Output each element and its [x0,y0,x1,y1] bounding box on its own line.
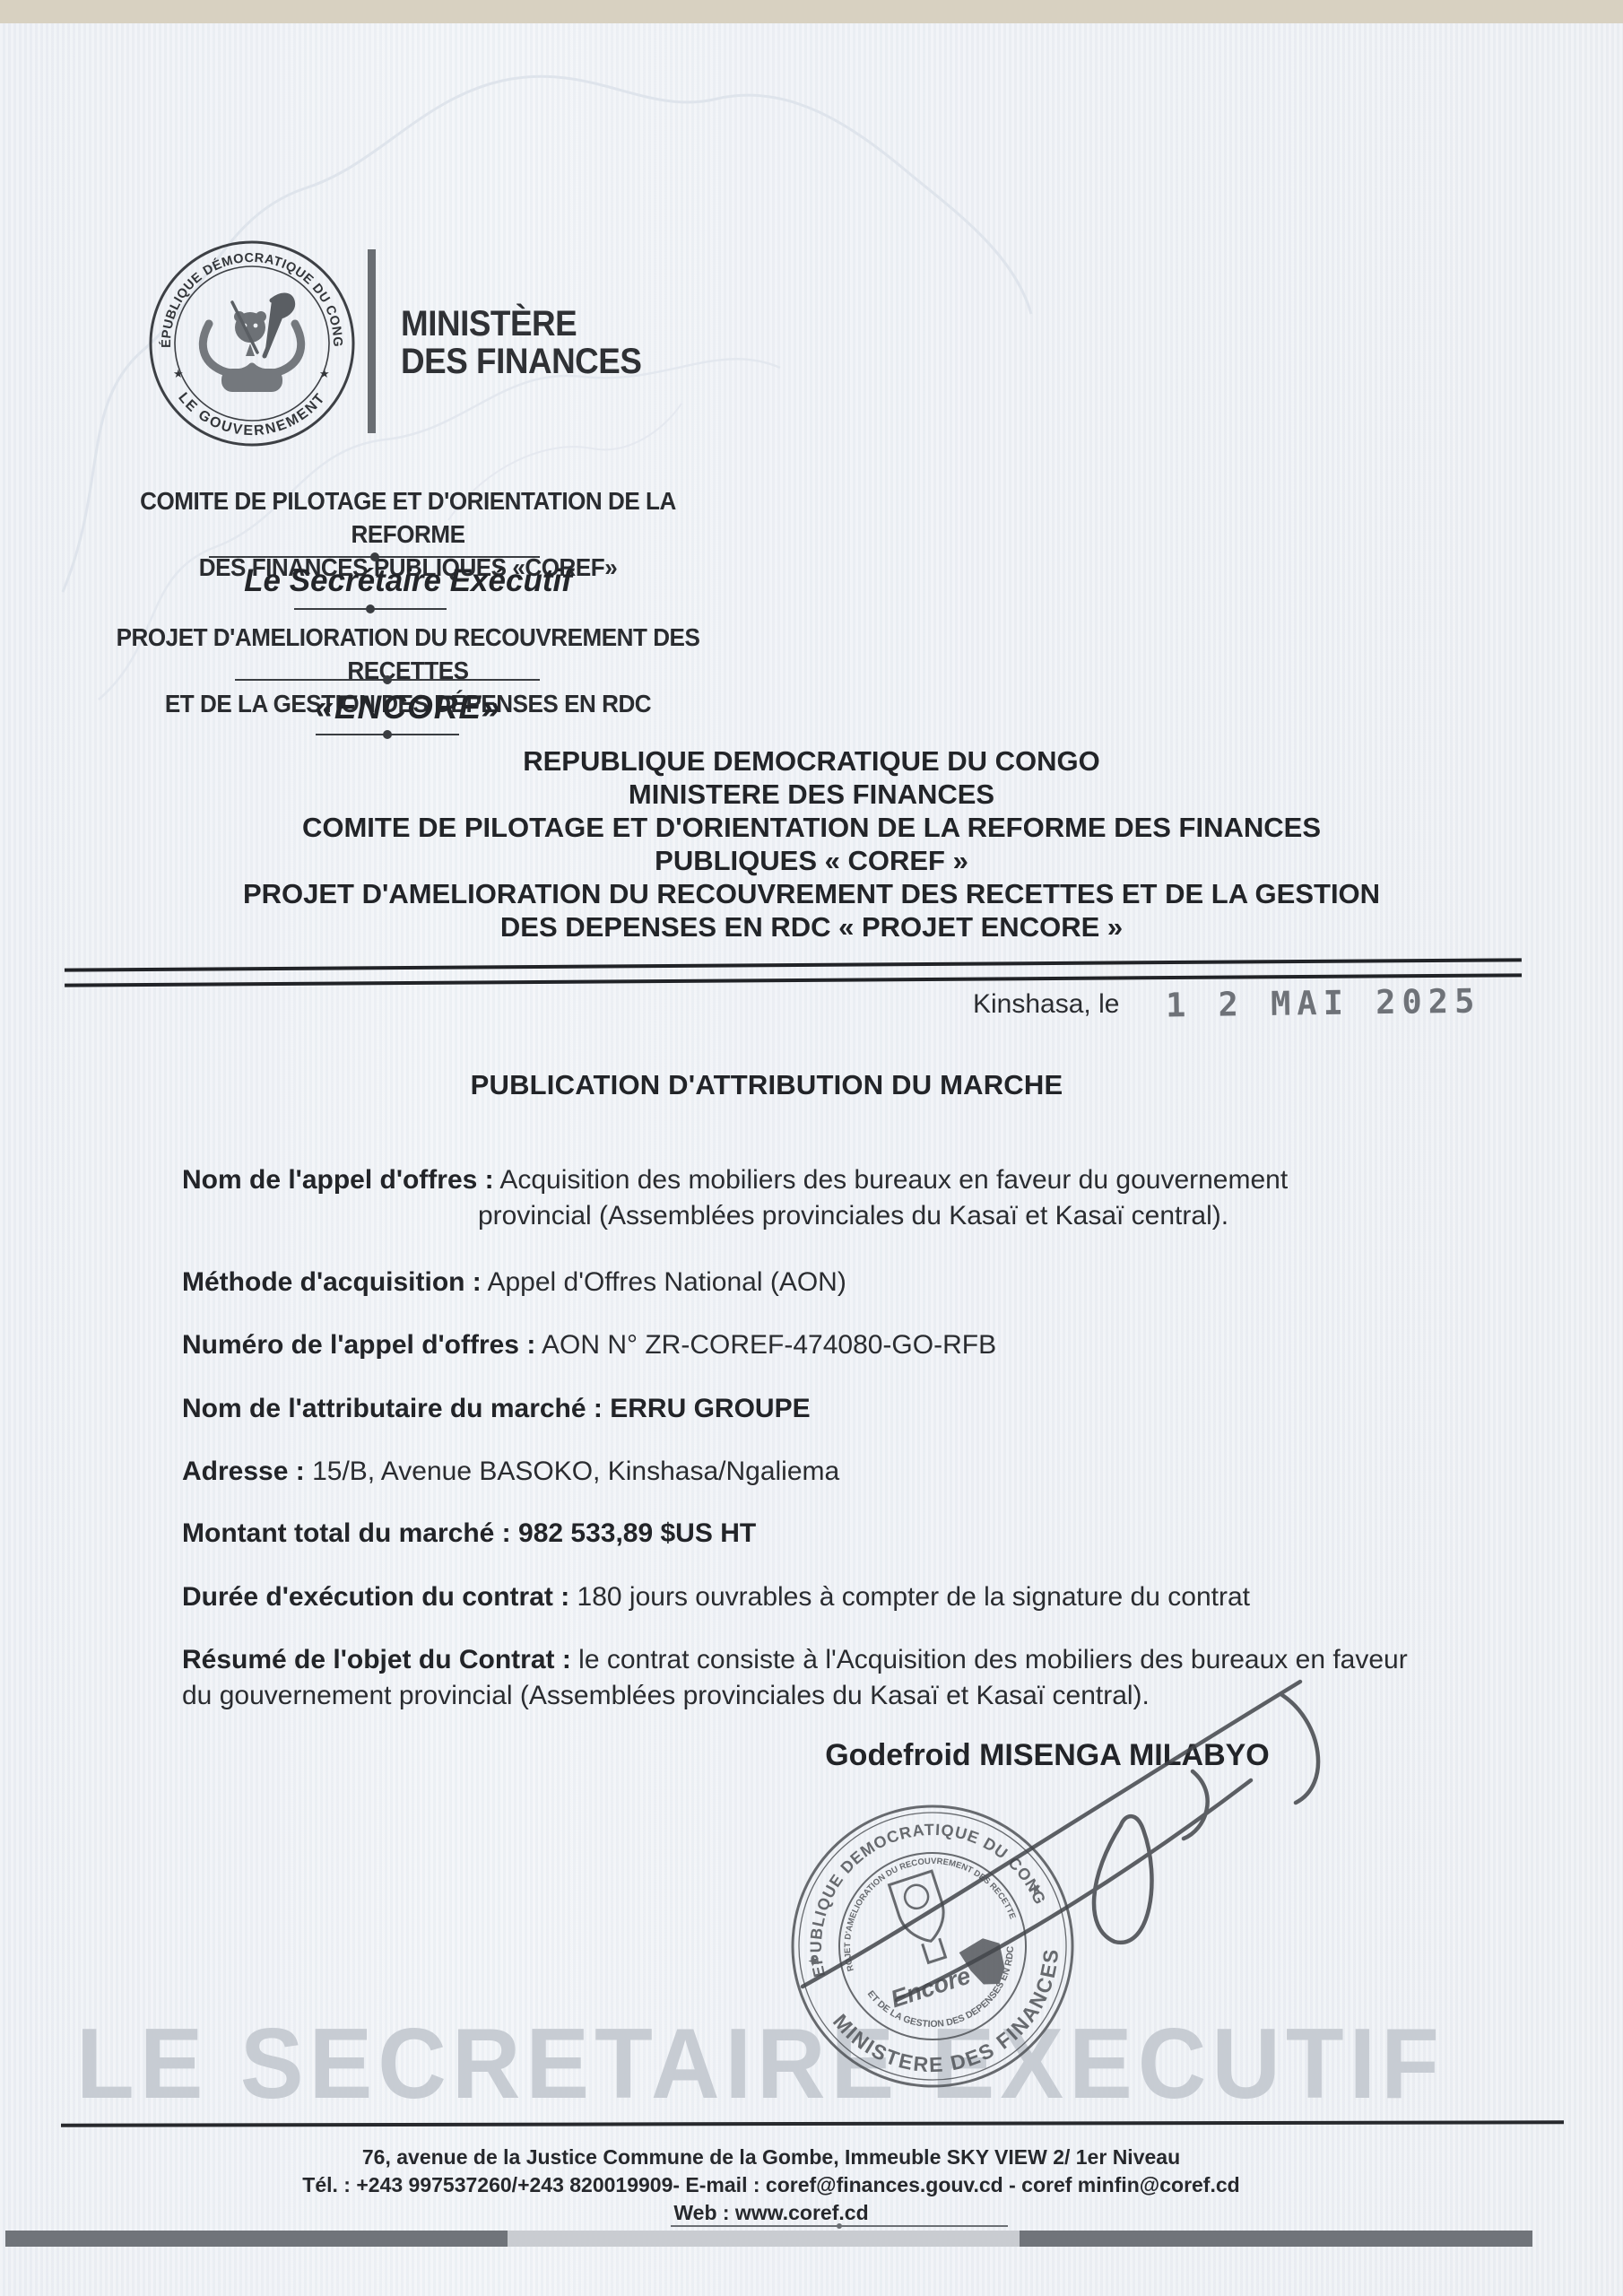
double-rule-separator [65,958,1522,987]
title-line: PROJET D'AMELIORATION DU RECOUVREMENT DE… [45,877,1578,910]
secretary-title: Le Secrétaire Exécutif [112,563,704,599]
footer-web: Web : www.coref.cd [85,2199,1457,2227]
ministry-line1: MINISTÈRE [401,305,641,343]
title-line: PUBLIQUES « COREF » [45,844,1578,877]
star-icon: ★ [319,367,330,380]
footer-address: 76, avenue de la Justice Commune de la G… [85,2144,1457,2171]
letterhead-divider-bar [368,249,376,433]
footer-bar-dark-right [1020,2231,1532,2247]
field-label: Méthode d'acquisition : [182,1267,482,1297]
committee-line1: COMITE DE PILOTAGE ET D'ORIENTATION DE L… [91,484,725,551]
title-line: MINISTERE DES FINANCES [45,778,1578,811]
field-value: AON N° ZR-COREF-474080-GO-RFB [542,1330,996,1360]
dateline-place: Kinshasa, le [973,989,1119,1020]
field-value-line2: provincial (Assemblées provinciales du K… [478,1198,1388,1234]
field-numero: Numéro de l'appel d'offres : AON N° ZR-C… [182,1327,1388,1363]
separator-with-dot [209,556,540,558]
field-value: 982 533,89 $US HT [518,1518,756,1548]
field-label: Durée d'exécution du contrat : [182,1582,569,1612]
project-line1: PROJET D'AMELIORATION DU RECOUVREMENT DE… [74,621,742,687]
field-appel-offres: Nom de l'appel d'offres : Acquisition de… [182,1162,1388,1234]
field-duree: Durée d'exécution du contrat : 180 jours… [182,1579,1388,1615]
field-value: 180 jours ouvrables à compter de la sign… [577,1582,1250,1612]
field-value: Acquisition des mobiliers des bureaux en… [499,1165,1288,1195]
field-label: Adresse : [182,1457,305,1486]
leopard-emblem [203,295,300,392]
field-methode: Méthode d'acquisition : Appel d'Offres N… [182,1265,1388,1300]
title-line: COMITE DE PILOTAGE ET D'ORIENTATION DE L… [45,811,1578,844]
footer-bar-light-middle [508,2231,1020,2247]
footer-contact: Tél. : +243 997537260/+243 820019909- E-… [85,2171,1457,2199]
field-value: ERRU GROUPE [610,1394,810,1423]
ministry-line2: DES FINANCES [401,343,641,380]
separator-with-dot [294,608,447,610]
document-heading: PUBLICATION D'ATTRIBUTION DU MARCHE [0,1069,1533,1101]
date-stamp: 1 2 MAI 2025 [1166,982,1481,1025]
footer-rule [61,2120,1564,2127]
field-value: Appel d'Offres National (AON) [487,1267,846,1297]
web-underline-with-dot [671,2225,1008,2227]
seal-bottom-text: LE GOUVERNEMENT [175,390,328,439]
separator-with-dot [235,679,540,681]
field-label: Nom de l'appel d'offres : [182,1165,494,1195]
star-icon: ★ [173,367,184,380]
field-label: Montant total du marché : [182,1518,511,1548]
scanned-document-page: RÉPUBLIQUE DÉMOCRATIQUE DU CONGO LE GOUV… [0,0,1623,2296]
ministry-name: MINISTÈRE DES FINANCES [401,305,641,380]
field-attributaire: Nom de l'attributaire du marché : ERRU G… [182,1391,1388,1427]
field-label: Nom de l'attributaire du marché : [182,1394,603,1423]
footer-bar-dark-left [5,2231,508,2247]
encore-underline [316,734,459,735]
svg-text:LE GOUVERNEMENT: LE GOUVERNEMENT [175,390,328,439]
field-adresse: Adresse : 15/B, Avenue BASOKO, Kinshasa/… [182,1454,1388,1490]
title-line: REPUBLIQUE DEMOCRATIQUE DU CONGO [45,744,1578,778]
national-seal: RÉPUBLIQUE DÉMOCRATIQUE DU CONGO LE GOUV… [146,238,358,449]
handwritten-signature [762,1650,1408,2027]
project-acronym: «ENCORE» [112,689,704,726]
document-title-block: REPUBLIQUE DEMOCRATIQUE DU CONGO MINISTE… [45,744,1578,944]
field-label: Numéro de l'appel d'offres : [182,1330,535,1360]
field-value: 15/B, Avenue BASOKO, Kinshasa/Ngaliema [312,1457,839,1486]
title-line: DES DEPENSES EN RDC « PROJET ENCORE » [45,910,1578,944]
field-montant: Montant total du marché : 982 533,89 $US… [182,1516,1388,1552]
field-label: Résumé de l'objet du Contrat : [182,1645,571,1674]
